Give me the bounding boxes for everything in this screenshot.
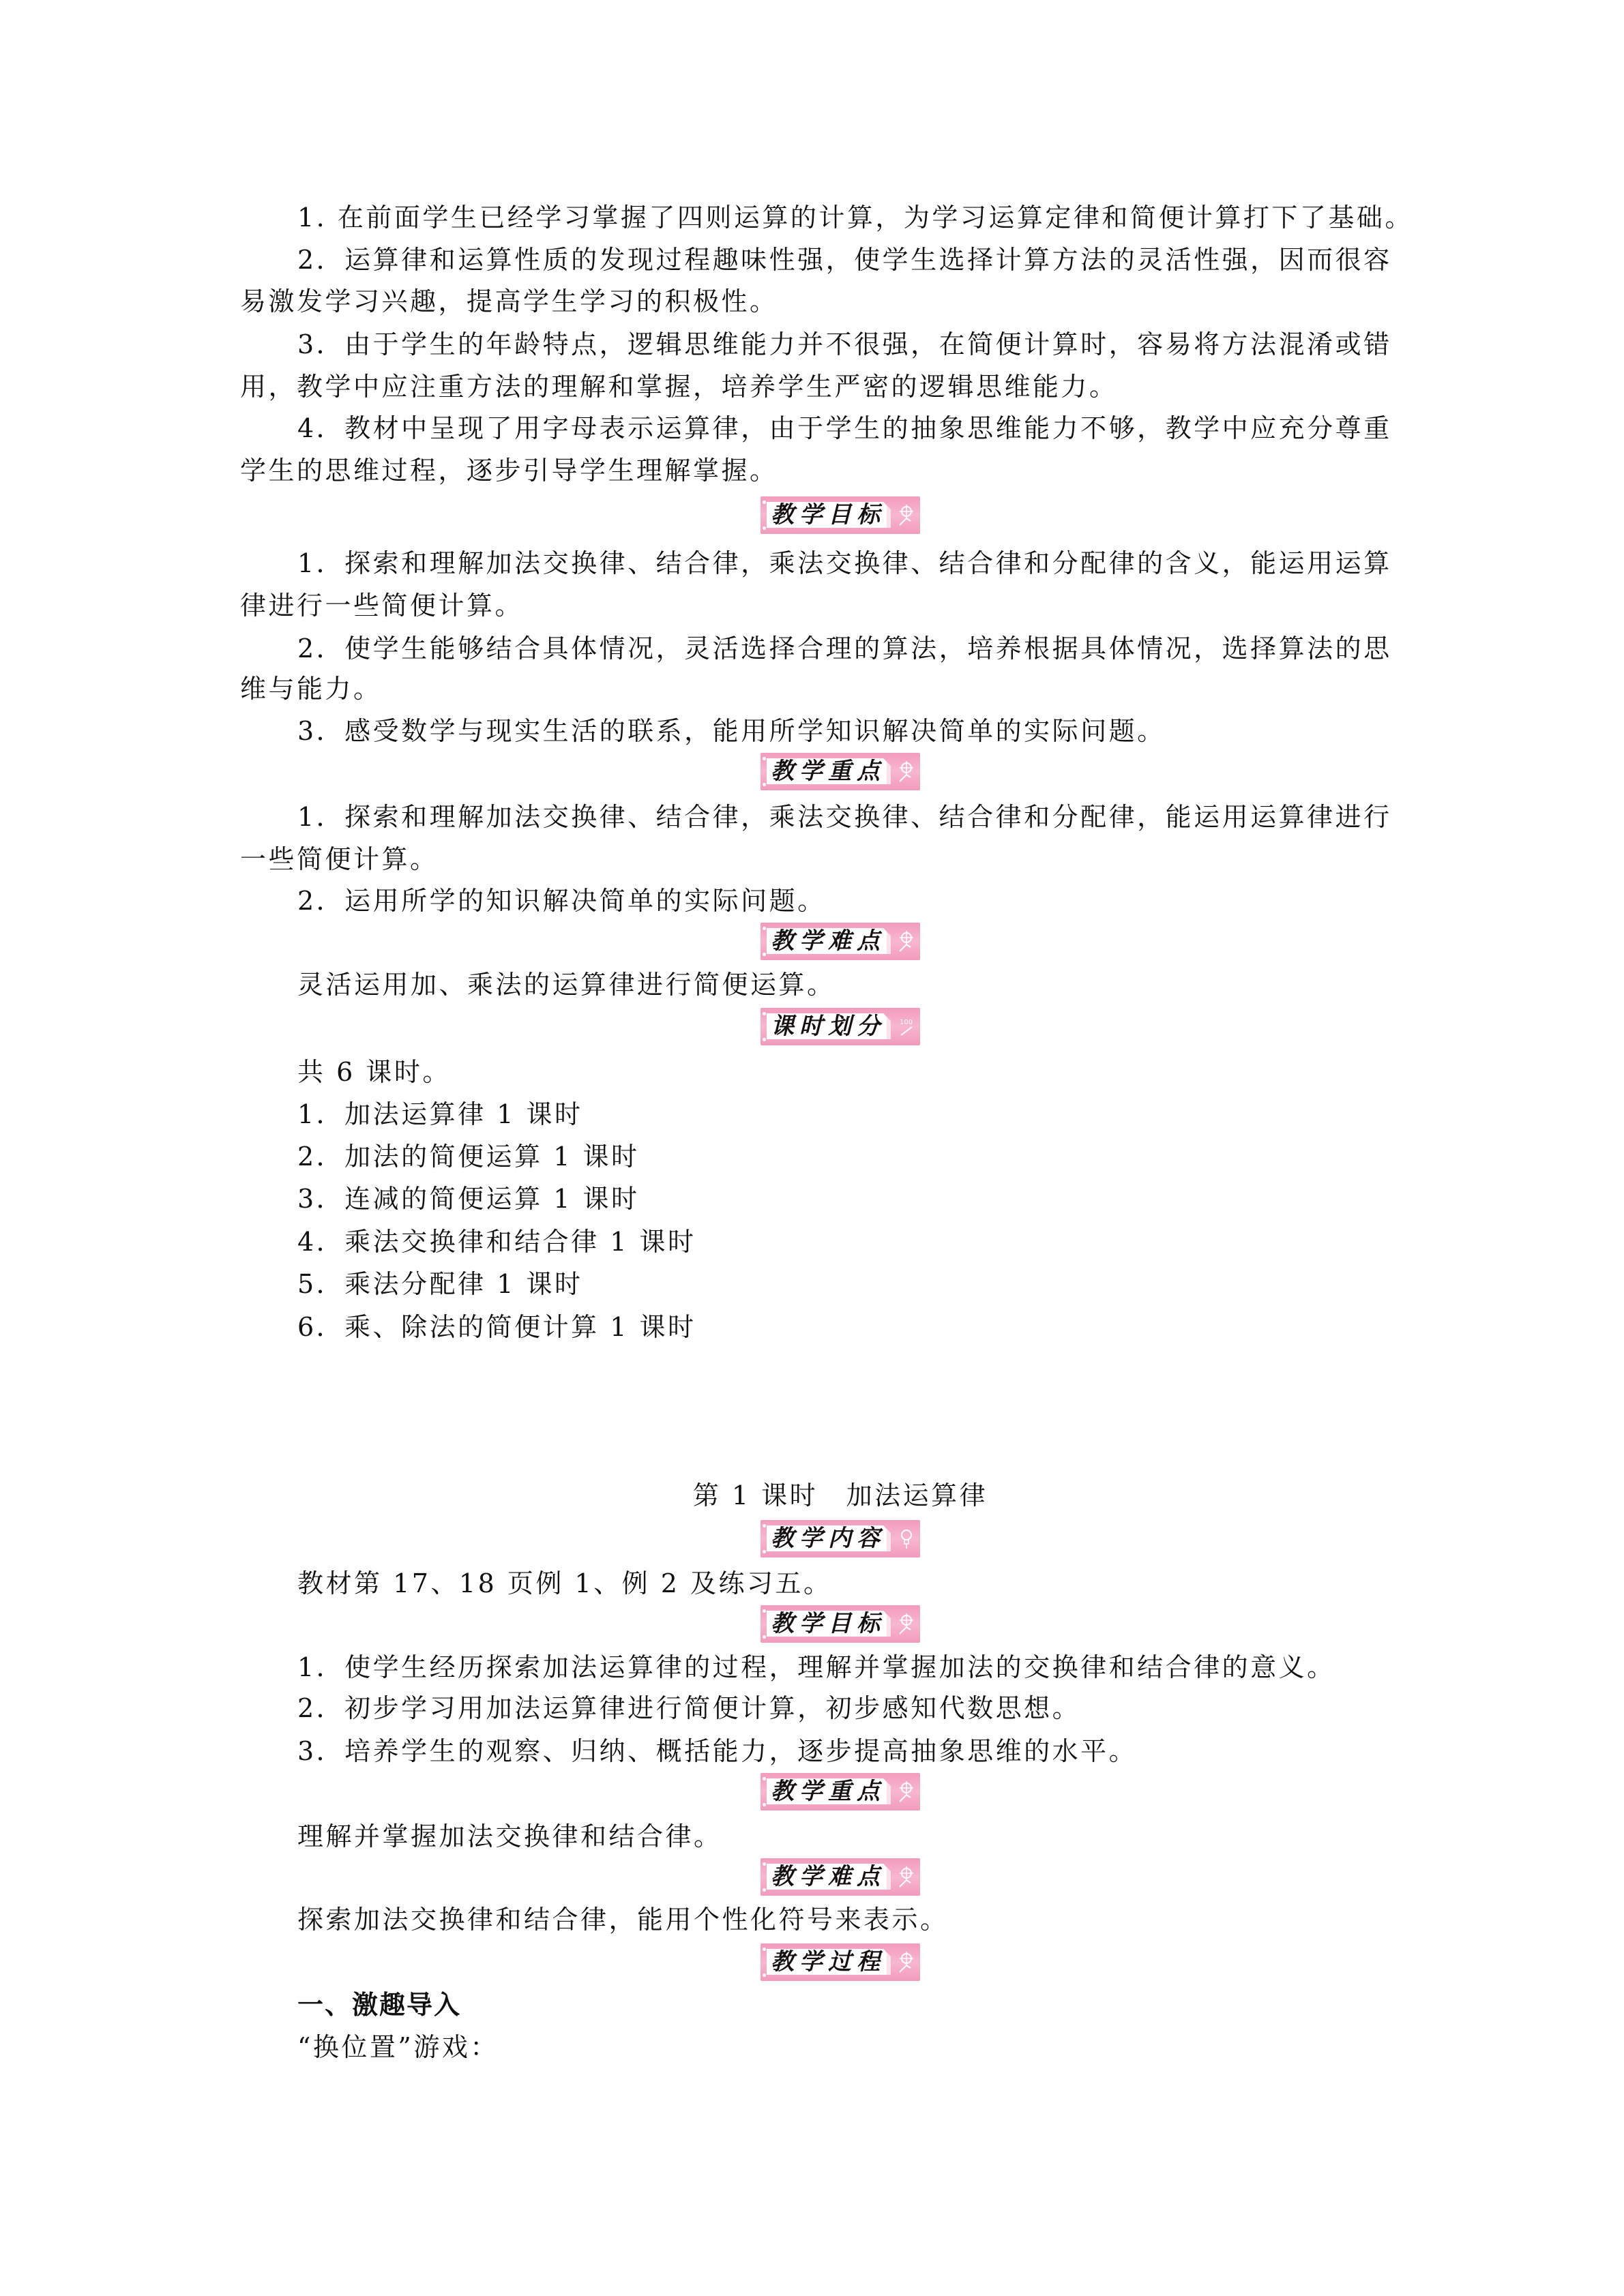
schedule-item-3: 3．连减的简便运算 1 课时: [297, 1183, 1386, 1214]
badge-label: 教学内容: [767, 1523, 889, 1554]
badge-dot: [763, 1803, 766, 1806]
badge-label: 教学难点: [767, 1861, 889, 1892]
badge-label: 教学过程: [767, 1946, 889, 1978]
lesson-goal-1: 1．使学生经历探索加法运算律的过程，理解并掌握加法的交换律和结合律的意义。: [297, 1652, 1386, 1683]
badge-dot: [763, 927, 766, 930]
crosshair-icon: [897, 929, 916, 953]
badge-dot: [763, 1038, 766, 1041]
badge-label: 课时划分: [767, 1011, 889, 1042]
badge-dot: [763, 757, 766, 760]
badge-dot: [763, 953, 766, 956]
process-text: “换位置”游戏：: [297, 2031, 1386, 2063]
badge-dot: [763, 1777, 766, 1780]
badge-dot: [763, 1609, 766, 1613]
crosshair-icon: [897, 1950, 916, 1973]
intro-paragraph-2-cont: 易激发学习兴趣，提高学生学习的积极性。: [240, 286, 1386, 317]
intro-paragraph-4: 4．教材中呈现了用字母表示运算律，由于学生的抽象思维能力不够，教学中应充分尊重: [297, 413, 1386, 444]
lesson-goal-3: 3．培养学生的观察、归纳、概括能力，逐步提高抽象思维的水平。: [297, 1735, 1386, 1767]
lesson-content: 教材第 17、18 页例 1、例 2 及练习五。: [297, 1568, 1386, 1599]
badge-dot: [763, 1862, 766, 1866]
lesson-difficulties: 探索加法交换律和结合律，能用个性化符号来表示。: [297, 1904, 1386, 1935]
schedule-total: 共 6 课时。: [297, 1056, 1386, 1088]
unit-goal-1-cont: 律进行一些简便计算。: [240, 590, 1386, 621]
section-badge-schedule: 课时划分 100: [761, 1008, 920, 1045]
section-badge-lesson-difficulties: 教学难点: [761, 1858, 920, 1896]
section-badge-lesson-goals: 教学目标: [761, 1605, 920, 1643]
badge-dot: [763, 501, 766, 504]
section-badge-content: 教学内容: [761, 1520, 920, 1557]
lesson-goal-2: 2．初步学习用加法运算律进行简便计算，初步感知代数思想。: [297, 1693, 1386, 1724]
unit-goal-1: 1．探索和理解加法交换律、结合律，乘法交换律、结合律和分配律的含义，能运用运算: [297, 548, 1386, 579]
unit-goal-2-cont: 维与能力。: [240, 673, 1386, 704]
process-heading: 一、激趣导入: [297, 1989, 1386, 2021]
badge-dot: [763, 1635, 766, 1639]
intro-paragraph-3-cont: 用，教学中应注重方法的理解和掌握，培养学生严密的逻辑思维能力。: [240, 371, 1386, 402]
crosshair-icon: [897, 1865, 916, 1888]
intro-paragraph-3: 3．由于学生的年龄特点，逻辑思维能力并不很强，在简便计算时，容易将方法混淆或错: [297, 329, 1386, 360]
badge-dot: [763, 1012, 766, 1015]
crosshair-icon: [897, 760, 916, 783]
badge-label: 教学目标: [767, 499, 889, 531]
intro-paragraph-1: 1. 在前面学生已经学习掌握了四则运算的计算，为学习运算定律和简便计算打下了基础…: [297, 202, 1386, 233]
schedule-item-5: 5．乘法分配律 1 课时: [297, 1268, 1386, 1300]
badge-label: 教学重点: [767, 756, 889, 787]
lightbulb-icon: [897, 1527, 916, 1550]
unit-goal-3: 3．感受数学与现实生活的联系，能用所学知识解决简单的实际问题。: [297, 715, 1386, 747]
unit-difficulties: 灵活运用加、乘法的运算律进行简便运算。: [297, 969, 1386, 1000]
lesson-title: 第 1 课时 加法运算律: [0, 1480, 1624, 1511]
badge-label: 教学重点: [767, 1776, 889, 1807]
intro-paragraph-4-cont: 学生的思维过程，逐步引导学生理解掌握。: [240, 455, 1386, 486]
badge-dot: [763, 1550, 766, 1553]
badge-dot: [763, 783, 766, 786]
svg-text:100: 100: [900, 1019, 913, 1026]
badge-dot: [763, 526, 766, 530]
stopwatch-icon: 100: [897, 1015, 916, 1038]
section-badge-key-points: 教学重点: [761, 753, 920, 790]
crosshair-icon: [897, 1780, 916, 1803]
lesson-key-points: 理解并掌握加法交换律和结合律。: [297, 1821, 1386, 1852]
schedule-item-4: 4．乘法交换律和结合律 1 课时: [297, 1226, 1386, 1257]
section-badge-difficulties: 教学难点: [761, 923, 920, 960]
badge-dot: [763, 1524, 766, 1527]
badge-dot: [763, 1888, 766, 1892]
schedule-item-2: 2．加法的简便运算 1 课时: [297, 1141, 1386, 1172]
badge-dot: [763, 1948, 766, 1951]
section-badge-lesson-key-points: 教学重点: [761, 1773, 920, 1810]
crosshair-icon: [897, 503, 916, 526]
badge-dot: [763, 1973, 766, 1977]
schedule-item-6: 6．乘、除法的简便计算 1 课时: [297, 1311, 1386, 1343]
badge-label: 教学目标: [767, 1608, 889, 1639]
unit-key-point-2: 2．运用所学的知识解决简单的实际问题。: [297, 885, 1386, 916]
section-badge-goals: 教学目标: [761, 496, 920, 534]
crosshair-icon: [897, 1612, 916, 1635]
schedule-item-1: 1．加法运算律 1 课时: [297, 1099, 1386, 1130]
section-badge-process: 教学过程: [761, 1943, 920, 1981]
unit-key-point-1-cont: 一些简便计算。: [240, 844, 1386, 875]
badge-label: 教学难点: [767, 925, 889, 957]
unit-key-point-1: 1．探索和理解加法交换律、结合律，乘法交换律、结合律和分配律，能运用运算律进行: [297, 801, 1386, 833]
unit-goal-2: 2．使学生能够结合具体情况，灵活选择合理的算法，培养根据具体情况，选择算法的思: [297, 633, 1386, 664]
intro-paragraph-2: 2．运算律和运算性质的发现过程趣味性强，使学生选择计算方法的灵活性强，因而很容: [297, 244, 1386, 275]
